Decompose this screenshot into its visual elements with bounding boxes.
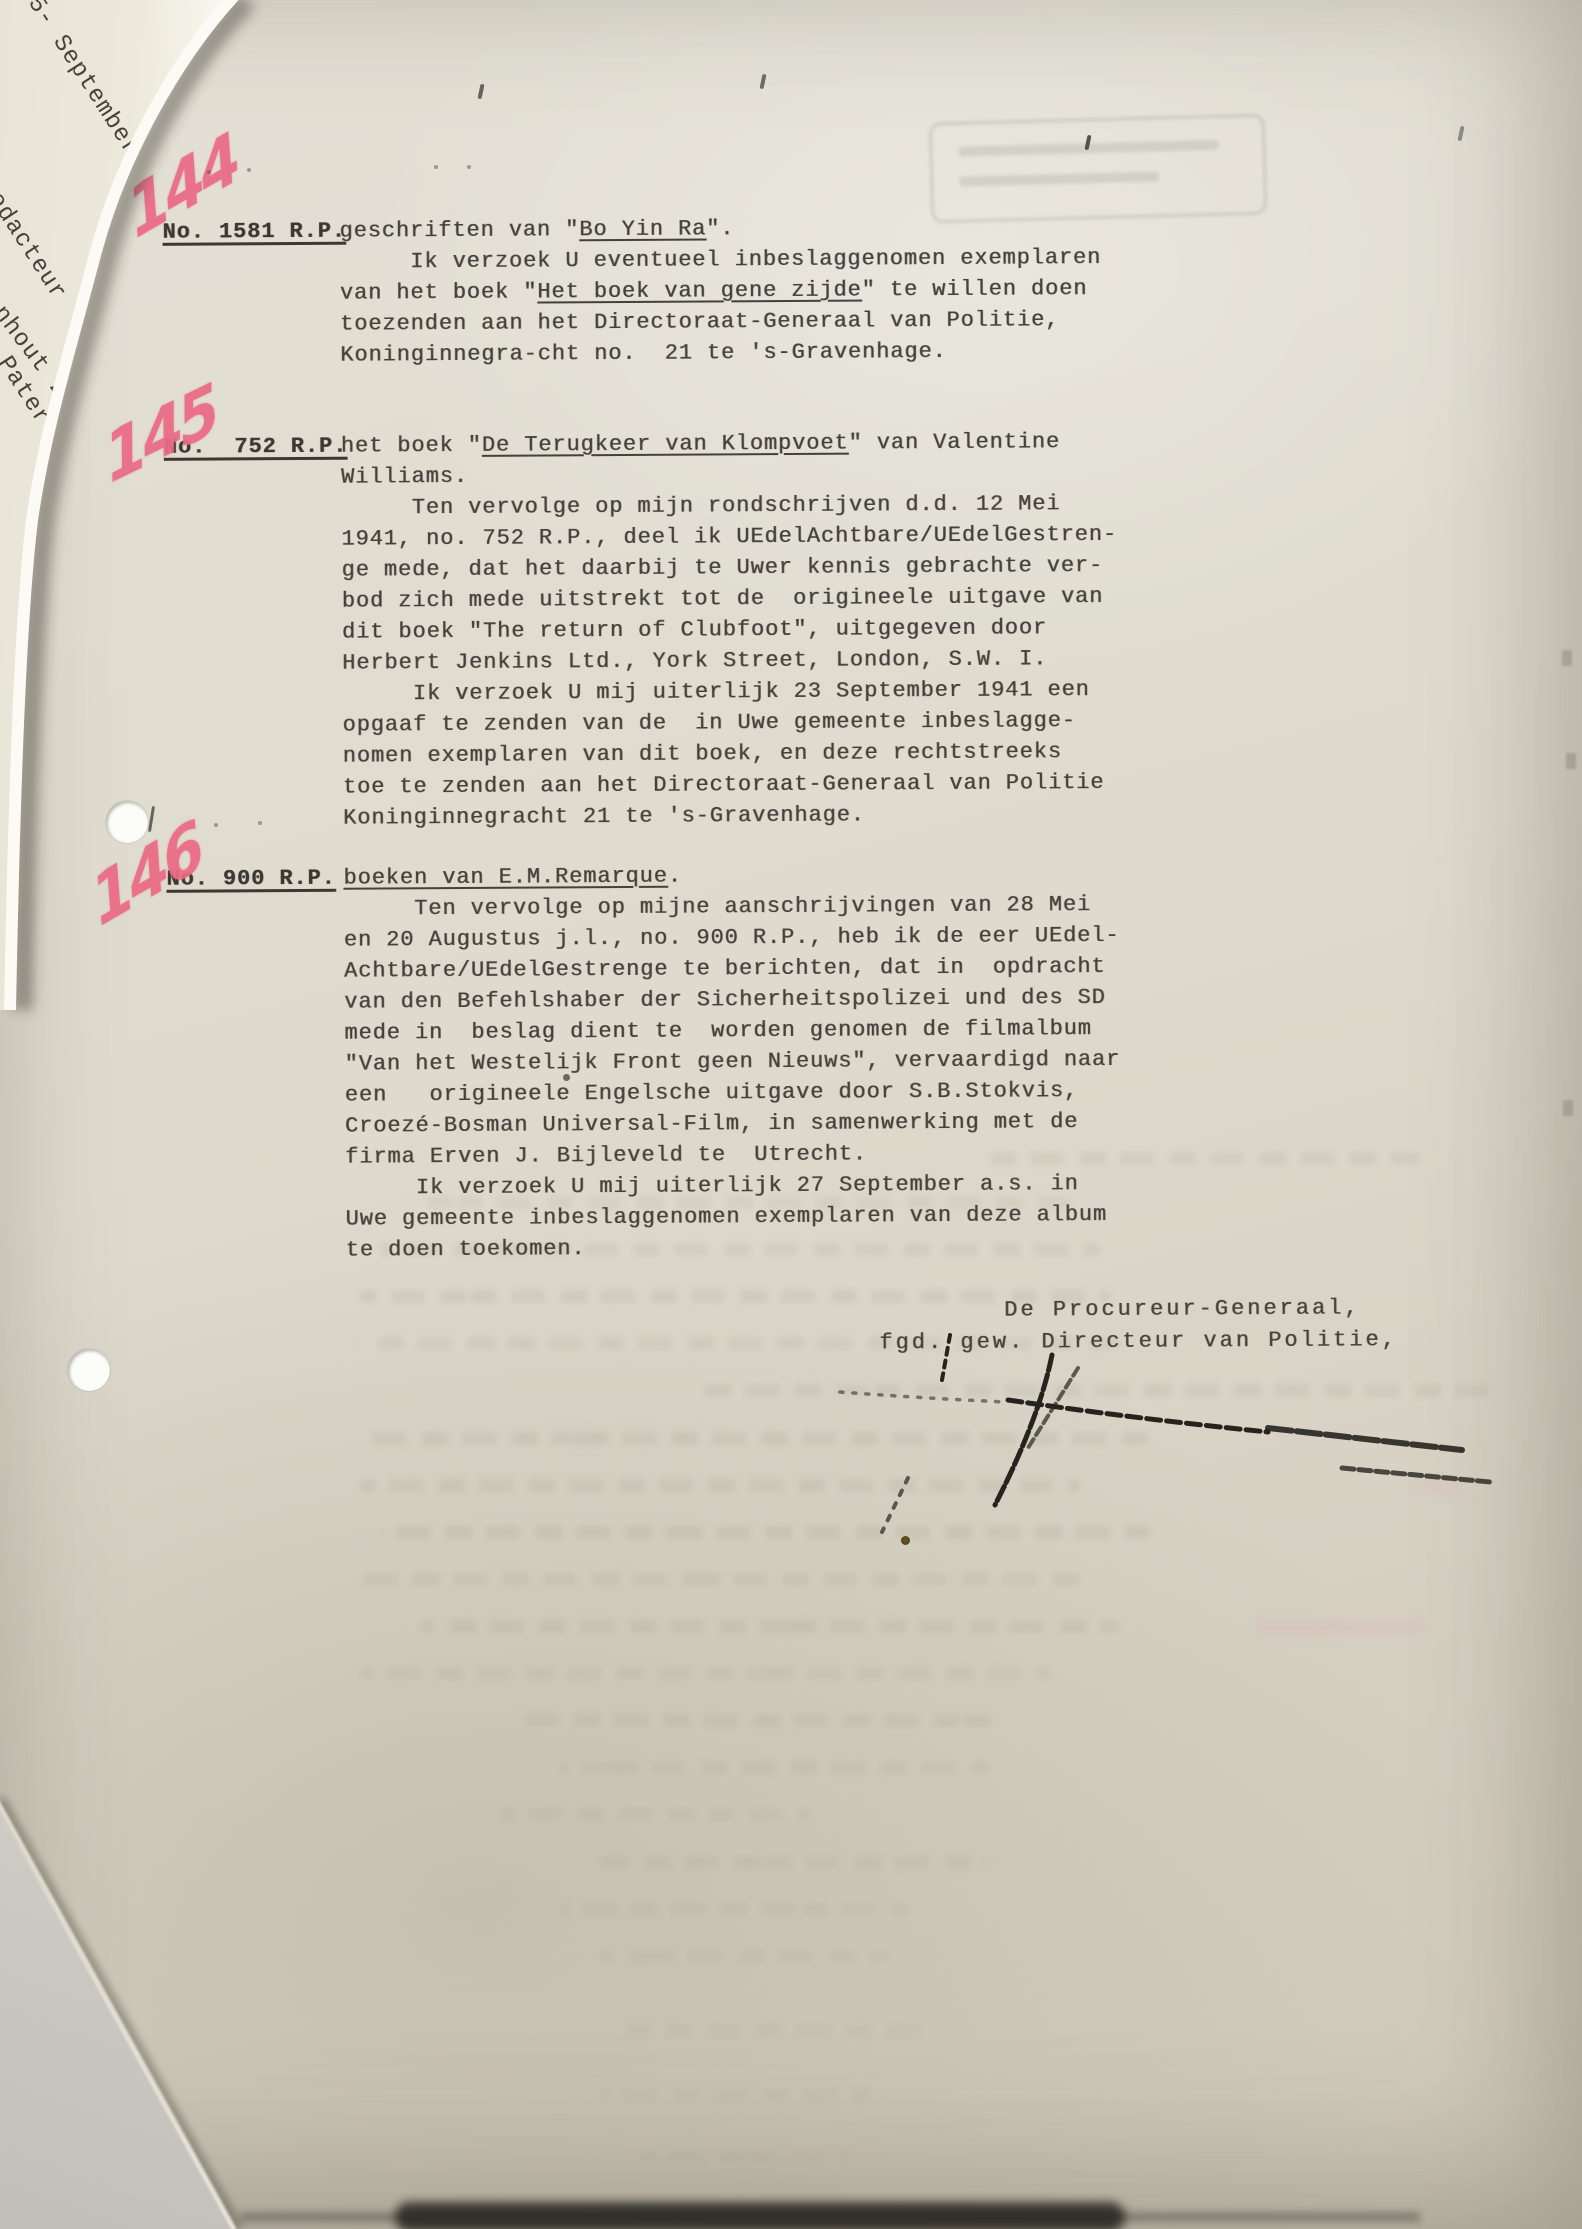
stray-dot	[434, 165, 438, 169]
edge-mark	[1562, 650, 1572, 666]
folded-page-corner: 5- September 1 redacteur enhout 26. Pate…	[0, 0, 310, 1060]
typed-line: Koninginnegra-cht no. 21 te 's-Gravenhag…	[340, 335, 1102, 371]
typed-line: boeken van E.M.Remarque.	[343, 858, 1119, 894]
typed-line: Williams.	[341, 457, 1117, 493]
typed-line: van den Befehlshaber der Sicherheitspoli…	[344, 982, 1120, 1018]
stray-dot	[247, 168, 251, 172]
typed-line: het boek "De Terugkeer van Klompvoet" va…	[341, 426, 1117, 462]
typed-line: toezenden aan het Directoraat-Generaal v…	[340, 304, 1102, 340]
typed-line: opgaaf te zenden van de in Uwe gemeente …	[343, 705, 1119, 741]
stray-dot	[467, 165, 471, 169]
stray-dot	[214, 823, 218, 827]
page-bottom-gap	[395, 2202, 1125, 2229]
edge-mark	[1566, 753, 1576, 769]
typed-line: Herbert Jenkins Ltd., York Street, Londo…	[342, 643, 1118, 679]
stray-dot	[258, 821, 262, 825]
photographed-document: No. 1581 R.P. geschriften van "Bo Yin Ra…	[0, 0, 1582, 2229]
closing-line: De Procureur-Generaal,	[1004, 1293, 1361, 1326]
typed-line: firma Erven J. Bijleveld te Utrecht.	[345, 1137, 1121, 1173]
typed-line: Ik verzoek U eventueel inbeslaggenomen e…	[340, 242, 1102, 278]
typed-line: dit boek "The return of Clubfoot", uitge…	[342, 612, 1118, 648]
typed-line: ge mede, dat het daarbij te Uwer kennis …	[342, 550, 1118, 586]
typed-line: 1941, no. 752 R.P., deel ik UEdelAchtbar…	[341, 519, 1117, 555]
typed-line: geschriften van "Bo Yin Ra".	[340, 211, 1102, 247]
typed-line: Koninginnegracht 21 te 's-Gravenhage.	[343, 798, 1119, 834]
typed-line: mede in beslag dient te worden genomen d…	[344, 1013, 1120, 1049]
typed-line: Ik verzoek U mij uiterlijk 23 September …	[342, 674, 1118, 710]
edge-mark	[1563, 1100, 1573, 1116]
stray-dot	[207, 170, 211, 174]
section-body: boeken van E.M.Remarque. Ten vervolge op…	[343, 858, 1121, 1266]
typed-line: van het boek "Het boek van gene zijde" t…	[340, 273, 1102, 309]
punch-hole	[68, 1349, 110, 1391]
typed-line: een origineele Engelsche uitgave door S.…	[345, 1075, 1121, 1111]
section-body: het boek "De Terugkeer van Klompvoet" va…	[341, 426, 1119, 834]
typed-line: nomen exemplaren van dit boek, en deze r…	[343, 736, 1119, 772]
typed-line: Achtbare/UEdelGestrenge te berichten, da…	[344, 951, 1120, 987]
typed-line: te doen toekomen.	[346, 1230, 1122, 1266]
typed-line: toe te zenden aan het Directoraat-Genera…	[343, 767, 1119, 803]
dust-speck	[563, 1074, 570, 1081]
typed-line: en 20 Augustus j.l., no. 900 R.P., heb i…	[344, 920, 1120, 956]
typed-line: Ik verzoek U mij uiterlijk 27 September …	[345, 1168, 1121, 1204]
section-body: geschriften van "Bo Yin Ra". Ik verzoek …	[340, 211, 1102, 371]
typed-line: Ten vervolge op mijn rondschrijven d.d. …	[341, 488, 1117, 524]
signature	[690, 1325, 1510, 1555]
typed-line: Uwe gemeente inbeslaggenomen exemplaren …	[346, 1199, 1122, 1235]
typed-line: "Van het Westelijk Front geen Nieuws", v…	[345, 1044, 1121, 1080]
dust-speck	[901, 1536, 910, 1545]
typed-line: bod zich mede uitstrekt tot de origineel…	[342, 581, 1118, 617]
typed-line: Ten vervolge op mijne aanschrijvingen va…	[344, 889, 1120, 925]
typed-line: Croezé-Bosman Universal-Film, in samenwe…	[345, 1106, 1121, 1142]
punch-hole	[106, 801, 148, 843]
